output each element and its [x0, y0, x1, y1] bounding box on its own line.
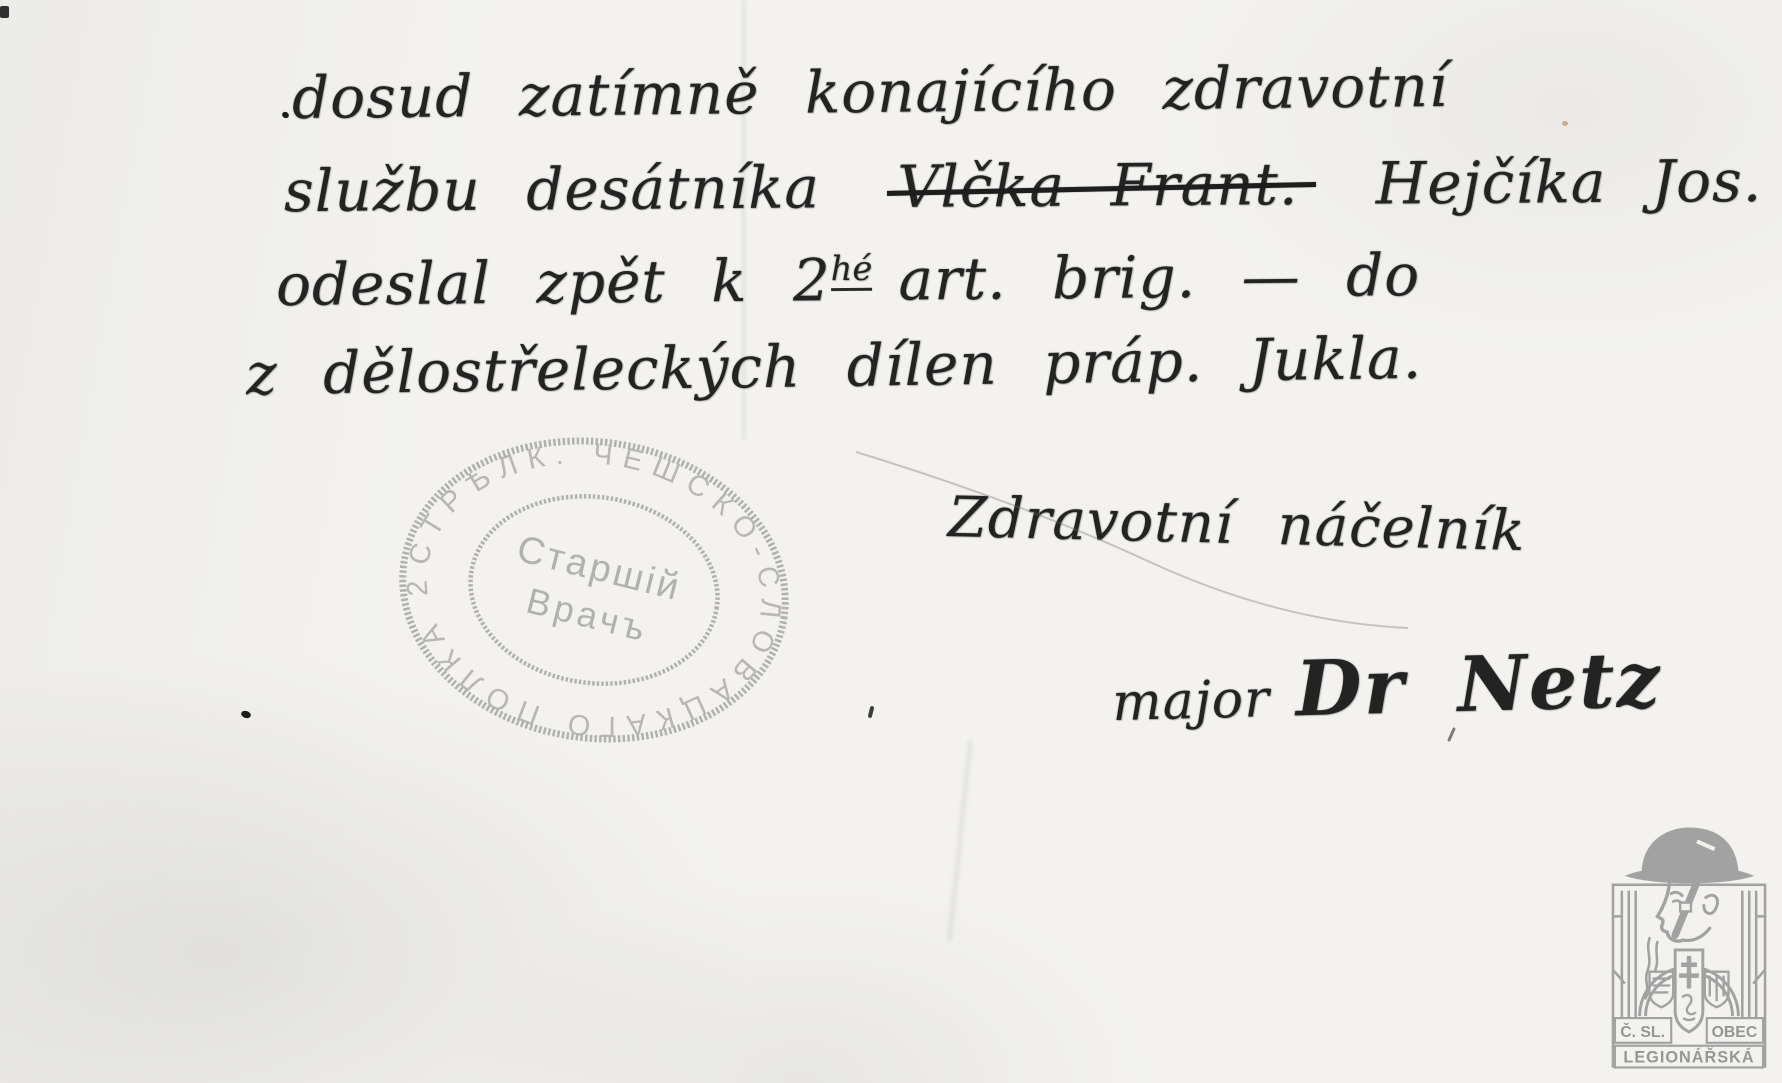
handwritten-line-4: z dělostřeleckých dílen práp. Jukla. [246, 324, 1423, 408]
signature-name: Dr Netz [1294, 635, 1662, 734]
ink-speck [281, 111, 290, 120]
dust-speck [1562, 121, 1568, 126]
replacement-name: Hejčíka Jos. [1375, 147, 1762, 218]
signature-rank: major [1112, 669, 1271, 733]
line3-text-end: art. brig. — do [898, 241, 1420, 314]
handwritten-line-3: odeslal zpět k 2héart. brig. — do [276, 241, 1421, 319]
struck-out-name: Vlčka Frant. [897, 150, 1298, 221]
ink-speck [0, 6, 9, 18]
stamp-inner-ring [458, 481, 729, 700]
signature-line: majorDr Netz [1111, 635, 1663, 738]
line3-text: odeslal zpět k 2 [276, 246, 831, 319]
ordinal-superscript: hé [831, 248, 873, 290]
handwritten-line-1: dosud zatímně konajícího zdravotní [292, 52, 1449, 132]
handwritten-line-2: službu desátníka Vlčka Frant. Hejčíka Jo… [284, 147, 1763, 225]
legionnaire-emblem: Č. SL. OBEC LEGIONÁŘSKÁ [1610, 820, 1768, 1072]
czechoslovak-shield [1675, 950, 1703, 1032]
soldier-helmet [1625, 828, 1754, 884]
line2-text: službu desátníka [284, 153, 820, 225]
emblem-label-legionarska: LEGIONÁŘSKÁ [1623, 1048, 1754, 1067]
emblem-label-obec: OBEC [1712, 1024, 1758, 1041]
ink-speck [240, 710, 252, 720]
paper-fold-line [948, 740, 973, 939]
emblem-label-csl: Č. SL. [1620, 1022, 1665, 1041]
ink-speck [868, 706, 875, 719]
signature-title: Zdravotní náčelník [947, 485, 1526, 564]
scanned-document-page: dosud zatímně konajícího zdravotní služb… [0, 0, 1782, 1083]
round-stamp: СТРѢЛК. ЧЕШСКО-СЛОВАЦКАГО ПОЛКА 2-го Ста… [367, 401, 820, 779]
